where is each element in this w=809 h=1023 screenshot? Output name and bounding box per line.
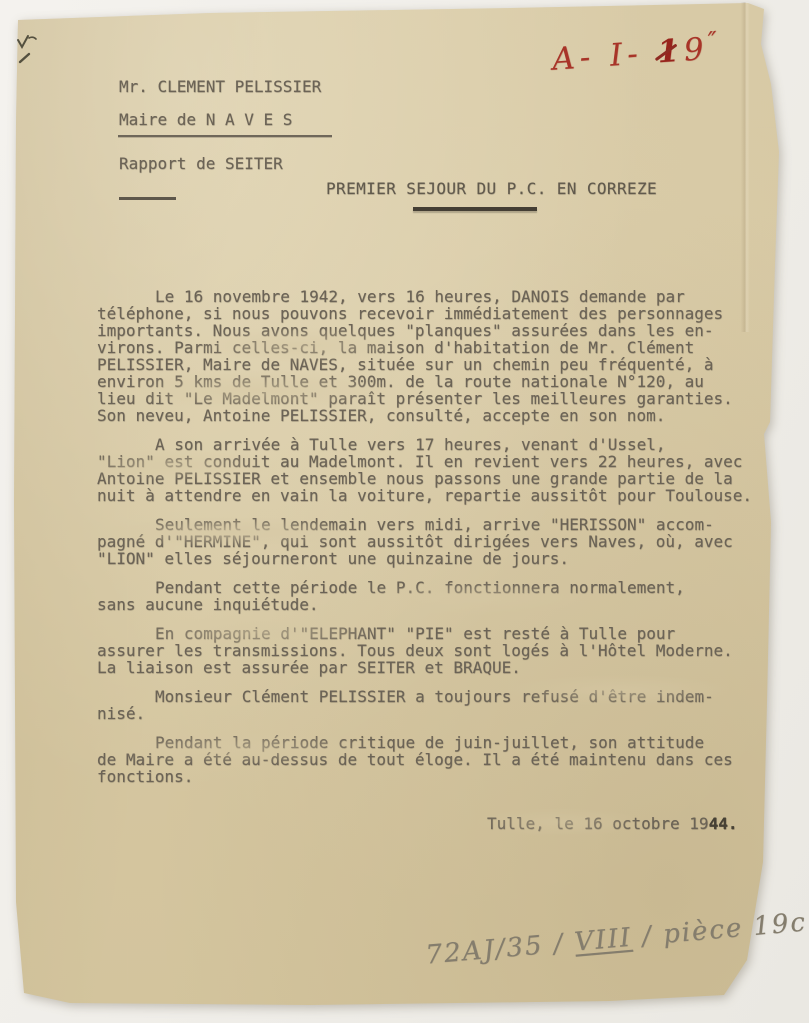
typed-paragraph: Monsieur Clément PELISSIER a toujours re…: [97, 688, 777, 722]
scanned-document-page: A- I- 19″ Mr. CLEMENT PELISSIER Maire de…: [0, 0, 809, 1023]
typed-paragraph: En compagnie d'"ELEPHANT" "PIE" est rest…: [97, 625, 777, 676]
typed-line: La liaison est assurée par SEITER et BRA…: [97, 659, 777, 676]
typed-body: Le 16 novembre 1942, vers 16 heures, DAN…: [97, 288, 777, 797]
typed-line: Antoine PELISSIER et ensemble nous passo…: [97, 470, 777, 487]
typed-paragraph: A son arrivée à Tulle vers 17 heures, ve…: [97, 436, 777, 504]
typed-line: assurer les transmissions. Tous deux son…: [97, 642, 777, 659]
typed-line: Monsieur Clément PELISSIER a toujours re…: [97, 688, 777, 705]
red-digit-rest: 9: [683, 31, 710, 69]
typed-line: Le 16 novembre 1942, vers 16 heures, DAN…: [97, 288, 777, 305]
typed-line: En compagnie d'"ELEPHANT" "PIE" est rest…: [97, 625, 777, 642]
report-underline: [119, 197, 176, 200]
pencil-reference-roman: VIII: [573, 923, 633, 958]
typed-line: virons. Parmi celles-ci, la maison d'hab…: [97, 339, 777, 356]
typed-line: nuit à attendre en vain la voiture, repa…: [97, 487, 777, 504]
dateline: Tulle, le 16 octobre 1944.: [487, 815, 737, 832]
typed-paragraph: Pendant cette période le P.C. fonctionne…: [97, 579, 777, 613]
typed-line: PELISSIER, Maire de NAVES, située sur un…: [97, 356, 777, 373]
typed-line: téléphone, si nous pouvons recevoir immé…: [97, 305, 777, 322]
typed-line: importants. Nous avons quelques "planque…: [97, 322, 777, 339]
typed-line: de Maire a été au-dessus de tout éloge. …: [97, 751, 777, 768]
typed-line: Son neveu, Antoine PELISSIER, consulté, …: [97, 407, 777, 424]
red-struck-digit: 1: [656, 33, 685, 71]
typed-paragraph: Pendant la période critique de juin-juil…: [97, 734, 777, 785]
typed-line: Seulement le lendemain vers midi, arrive…: [97, 516, 777, 533]
report-author-line: Rapport de SEITER: [119, 155, 283, 172]
document-title: PREMIER SEJOUR DU P.C. EN CORREZE: [326, 180, 657, 197]
typed-line: pagné d'"HERMINE", qui sont aussitôt dir…: [97, 533, 777, 550]
title-underline: [413, 207, 537, 211]
typed-line: lieu dit "Le Madelmont" paraît présenter…: [97, 390, 777, 407]
typed-line: Pendant cette période le P.C. fonctionne…: [97, 579, 777, 596]
typed-paragraph: Le 16 novembre 1942, vers 16 heures, DAN…: [97, 288, 777, 424]
typed-paragraph: Seulement le lendemain vers midi, arrive…: [97, 516, 777, 567]
typed-line: A son arrivée à Tulle vers 17 heures, ve…: [97, 436, 777, 453]
paper-crease: [738, 2, 752, 332]
typed-line: nisé.: [97, 705, 777, 722]
typed-line: Pendant la période critique de juin-juil…: [97, 734, 777, 751]
red-classification-prefix: A- I-: [551, 36, 644, 78]
typed-line: fonctions.: [97, 768, 777, 785]
check-mark-icon: [12, 30, 46, 76]
red-quote-mark: ″: [707, 26, 719, 55]
typed-line: sans aucune inquiétude.: [97, 596, 777, 613]
typed-line: "Lion" est conduit au Madelmont. Il en r…: [97, 453, 777, 470]
dateline-text: Tulle, le 16 octobre 19: [487, 814, 709, 833]
typed-line: "LION" elles séjourneront une quinzaine …: [97, 550, 777, 567]
dateline-overtyped-year: 44.: [709, 814, 738, 833]
addressee-title: Maire de N A V E S: [119, 111, 292, 128]
addressee-name: Mr. CLEMENT PELISSIER: [119, 78, 321, 95]
header-underline: [118, 135, 332, 137]
typed-line: environ 5 kms de Tulle et 300m. de la ro…: [97, 373, 777, 390]
